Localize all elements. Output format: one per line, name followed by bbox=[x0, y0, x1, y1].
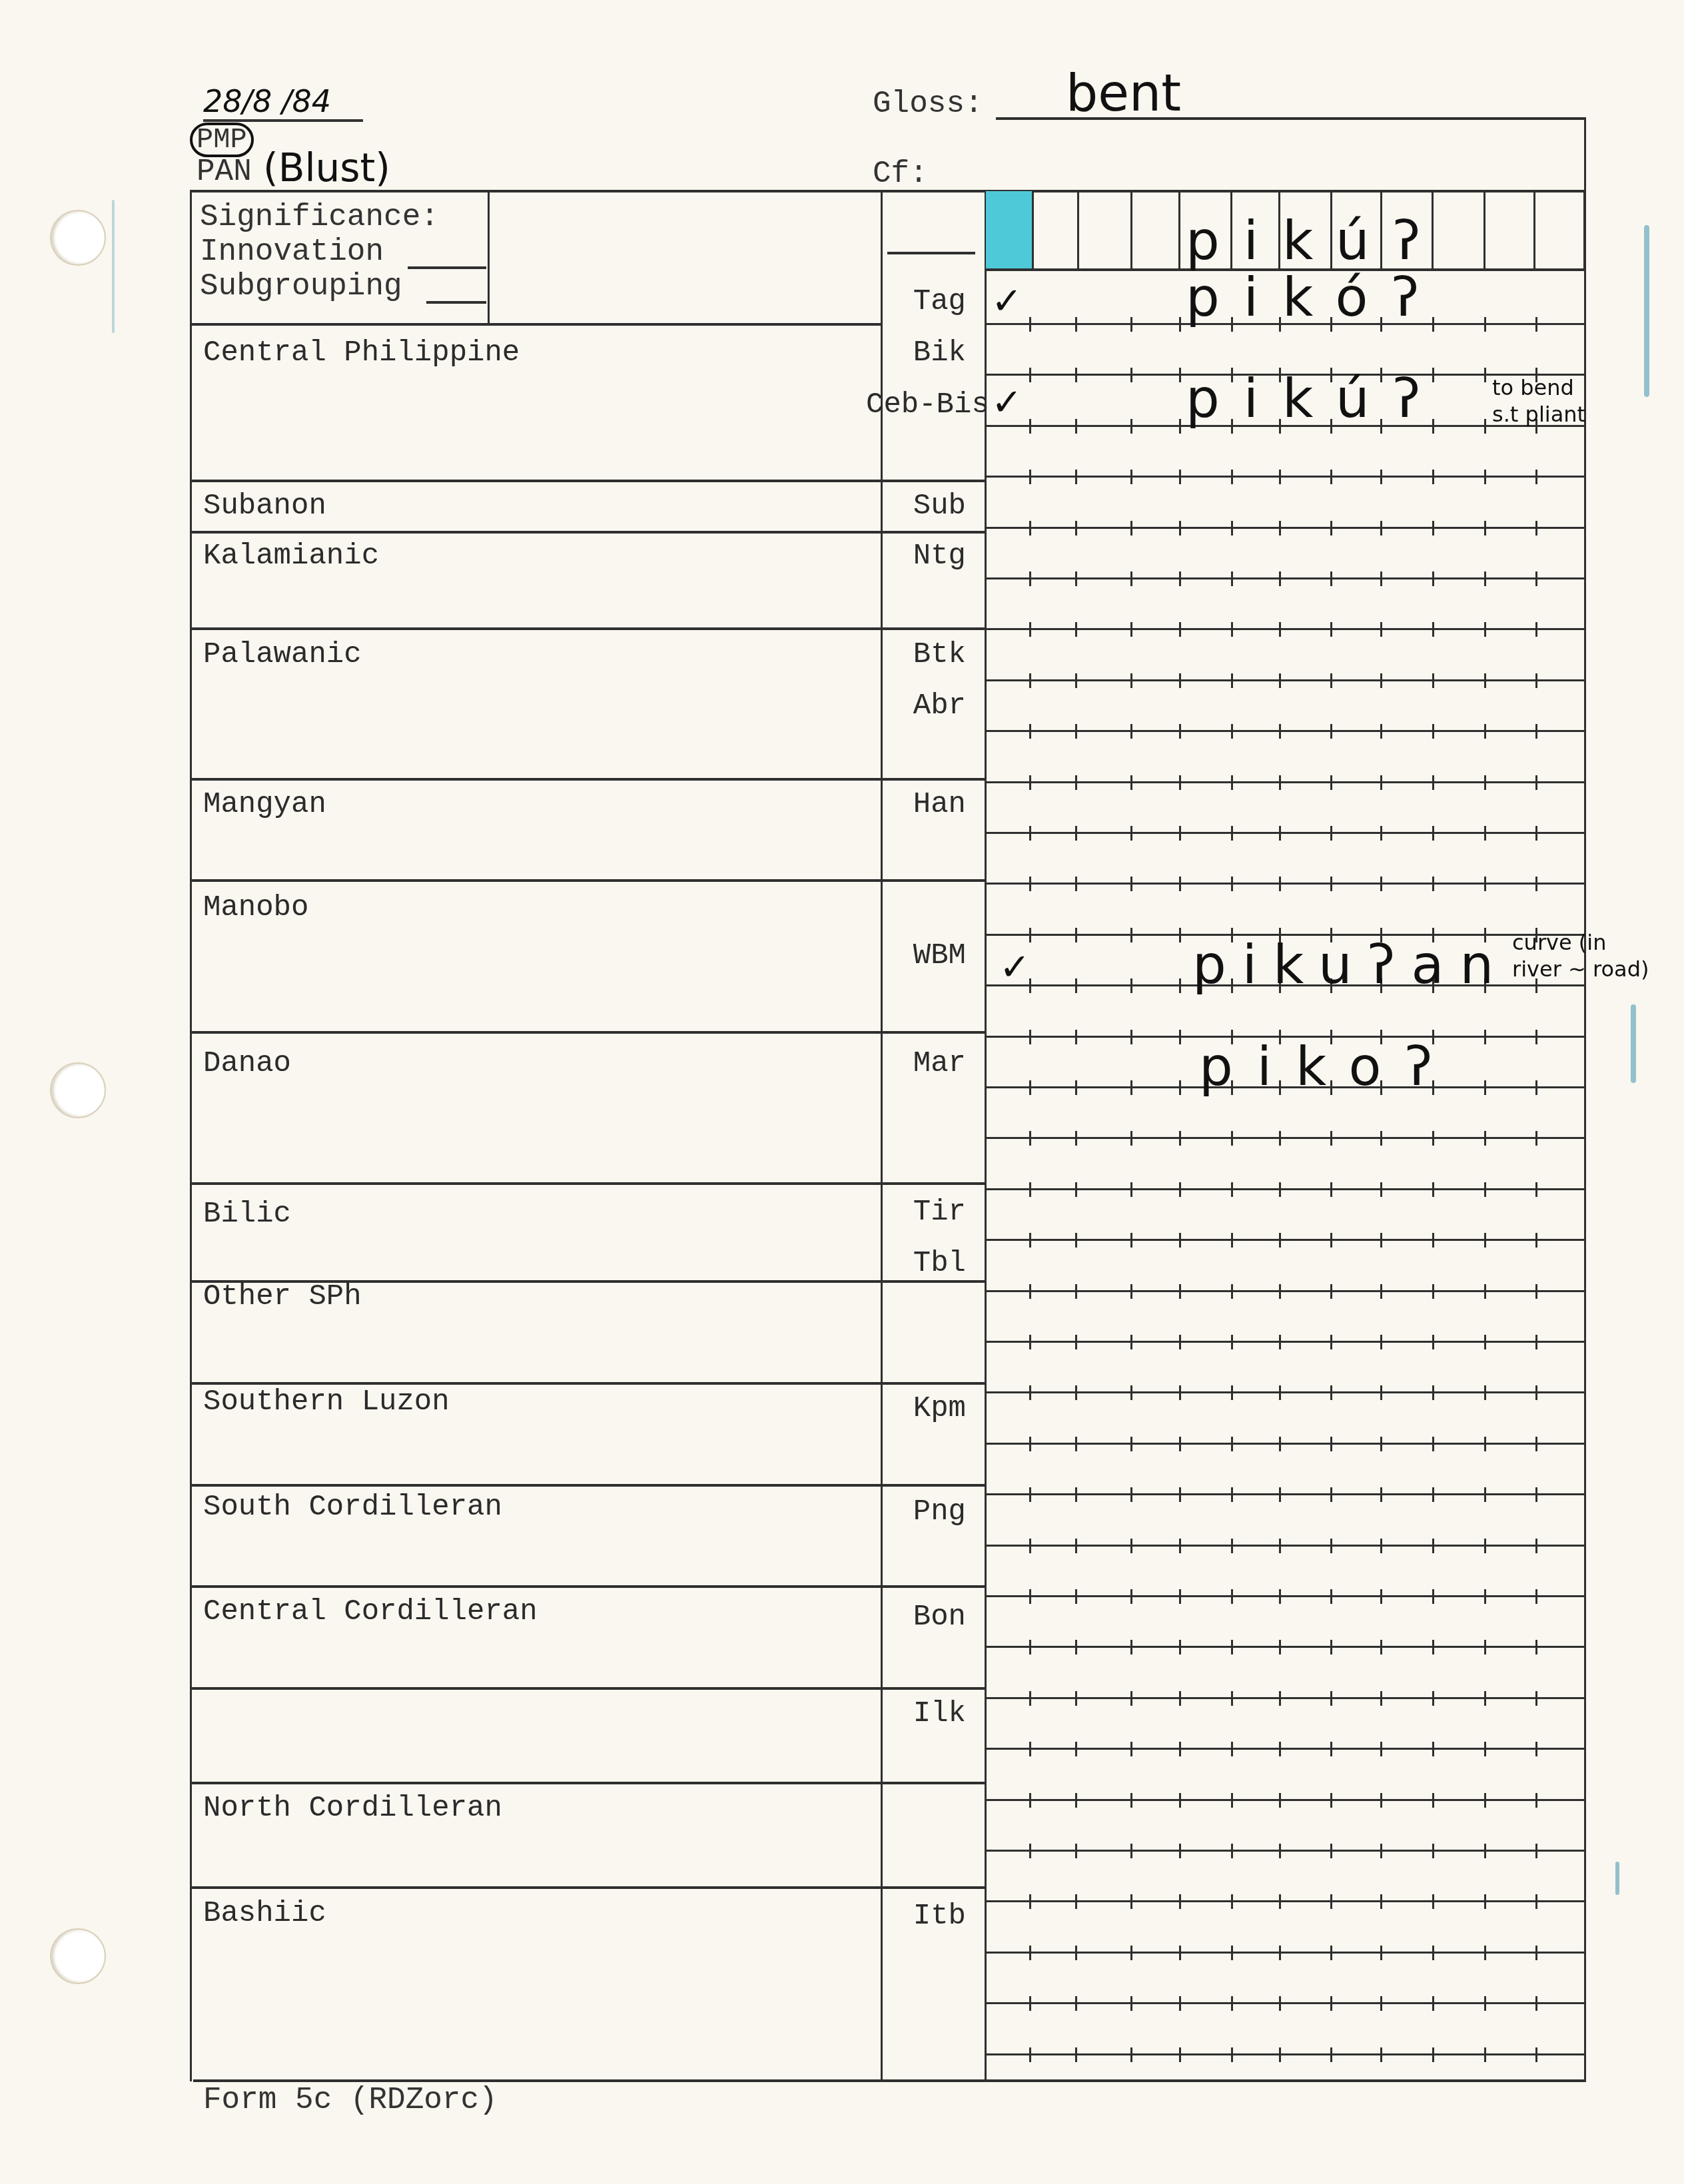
segment-cell[interactable] bbox=[1079, 191, 1132, 268]
tick-mark bbox=[1484, 1030, 1486, 1044]
tick-mark bbox=[1484, 1131, 1486, 1146]
tick-mark bbox=[1231, 1385, 1233, 1400]
tick-mark bbox=[1330, 1844, 1332, 1858]
tick-mark bbox=[1380, 1335, 1382, 1349]
tick-mark bbox=[1075, 1487, 1077, 1502]
tick-mark bbox=[1231, 470, 1233, 484]
tick-mark bbox=[1432, 1844, 1434, 1858]
tick-mark bbox=[1380, 877, 1382, 891]
tick-mark bbox=[1029, 317, 1031, 332]
tick-mark bbox=[1484, 1080, 1486, 1095]
tick-mark bbox=[1484, 724, 1486, 739]
tick-mark bbox=[1535, 673, 1537, 688]
tick-mark bbox=[1484, 1539, 1486, 1553]
table-right-border bbox=[1584, 190, 1586, 2081]
cebbis-gloss-note: to bend s.t pliant bbox=[1492, 374, 1585, 428]
tick-mark bbox=[1484, 470, 1486, 484]
code-column-divider bbox=[881, 190, 883, 2081]
tick-mark bbox=[1179, 2047, 1181, 2062]
tick-mark bbox=[1279, 571, 1281, 586]
tick-mark bbox=[1432, 1487, 1434, 1502]
tick-mark bbox=[1330, 673, 1332, 688]
tick-mark bbox=[1029, 1691, 1031, 1706]
tick-mark bbox=[1231, 673, 1233, 688]
code-header-blank bbox=[887, 252, 975, 254]
wbm-gloss-note: curve (in river ~ road) bbox=[1512, 929, 1649, 982]
cebbis-check-icon: ✓ bbox=[991, 381, 1023, 424]
tick-mark bbox=[1179, 1182, 1181, 1197]
tick-mark bbox=[1075, 368, 1077, 382]
tick-mark bbox=[1535, 1691, 1537, 1706]
tick-mark bbox=[1380, 673, 1382, 688]
proto-circled: PMP bbox=[190, 123, 254, 157]
tick-mark bbox=[1279, 1335, 1281, 1349]
tick-mark bbox=[1231, 1946, 1233, 1960]
tick-mark bbox=[1330, 1284, 1332, 1299]
tick-mark bbox=[1075, 1894, 1077, 1909]
group-divider bbox=[192, 1782, 986, 1784]
tick-mark bbox=[1075, 826, 1077, 841]
tick-mark bbox=[1535, 1539, 1537, 1553]
tick-mark bbox=[1380, 1946, 1382, 1960]
tick-mark bbox=[1279, 1284, 1281, 1299]
tick-mark bbox=[1179, 775, 1181, 790]
tick-mark bbox=[1535, 1793, 1537, 1808]
tick-mark bbox=[1075, 1131, 1077, 1146]
margin-marker bbox=[112, 200, 115, 333]
tick-mark bbox=[1279, 1844, 1281, 1858]
tick-mark bbox=[1179, 1996, 1181, 2011]
note-line-1: curve (in bbox=[1512, 929, 1649, 956]
group-divider bbox=[192, 480, 986, 482]
subgroup-name: Southern Luzon bbox=[203, 1385, 450, 1419]
tick-mark bbox=[1130, 368, 1132, 382]
tick-mark bbox=[1029, 1742, 1031, 1756]
tick-mark bbox=[1279, 1131, 1281, 1146]
tick-mark bbox=[1484, 571, 1486, 586]
tick-mark bbox=[1330, 1589, 1332, 1604]
tick-mark bbox=[1484, 1946, 1486, 1960]
language-code: Itb bbox=[866, 1900, 966, 1933]
tick-mark bbox=[1279, 1487, 1281, 1502]
tick-mark bbox=[1432, 1946, 1434, 1960]
tick-mark bbox=[1179, 673, 1181, 688]
language-code: Kpm bbox=[866, 1392, 966, 1425]
tag-check-icon: ✓ bbox=[991, 280, 1023, 323]
tick-mark bbox=[1432, 1894, 1434, 1909]
tick-mark bbox=[1179, 571, 1181, 586]
tick-mark bbox=[1075, 1182, 1077, 1197]
header-right-border bbox=[1584, 117, 1586, 192]
tick-mark bbox=[1231, 1640, 1233, 1654]
tick-mark bbox=[1330, 1894, 1332, 1909]
tick-mark bbox=[1535, 826, 1537, 841]
tick-mark bbox=[1231, 1182, 1233, 1197]
tick-mark bbox=[1075, 928, 1077, 942]
tick-mark bbox=[1130, 877, 1132, 891]
tick-mark bbox=[1380, 1894, 1382, 1909]
proto-form: pikúʔ bbox=[1186, 210, 1444, 272]
punch-hole-middle bbox=[50, 1062, 106, 1118]
tick-mark bbox=[1075, 1742, 1077, 1756]
tick-mark bbox=[1330, 1946, 1332, 1960]
tick-mark bbox=[1179, 1030, 1181, 1044]
language-code: Bik bbox=[866, 336, 966, 370]
tick-mark bbox=[1380, 1437, 1382, 1451]
tick-mark bbox=[1279, 1437, 1281, 1451]
tick-mark bbox=[1179, 1589, 1181, 1604]
tick-mark bbox=[1380, 1487, 1382, 1502]
tick-mark bbox=[1380, 1182, 1382, 1197]
punch-hole-bottom bbox=[50, 1928, 106, 1984]
tick-mark bbox=[1330, 1335, 1332, 1349]
tick-mark bbox=[1484, 1793, 1486, 1808]
gloss-value[interactable]: bent bbox=[1066, 63, 1181, 123]
tick-mark bbox=[1075, 1080, 1077, 1095]
tick-mark bbox=[1130, 1284, 1132, 1299]
tick-mark bbox=[1330, 1691, 1332, 1706]
subgroup-name: Mangyan bbox=[203, 788, 326, 821]
tick-mark bbox=[1535, 1385, 1537, 1400]
tick-mark bbox=[1380, 1284, 1382, 1299]
source-attribution: (Blust) bbox=[263, 145, 390, 190]
tick-mark bbox=[1179, 1894, 1181, 1909]
tick-mark bbox=[1535, 1030, 1537, 1044]
tick-mark bbox=[1535, 317, 1537, 332]
tick-mark bbox=[1432, 877, 1434, 891]
tick-mark bbox=[1130, 1946, 1132, 1960]
language-code: Png bbox=[866, 1495, 966, 1529]
tick-mark bbox=[1179, 1335, 1181, 1349]
tick-mark bbox=[1330, 1742, 1332, 1756]
subgrouping-blank[interactable] bbox=[426, 301, 486, 304]
tick-mark bbox=[1432, 2047, 1434, 2062]
subgroup-name: Central Cordilleran bbox=[203, 1595, 538, 1629]
tick-mark bbox=[1029, 1640, 1031, 1654]
tick-mark bbox=[1075, 1030, 1077, 1044]
tick-mark bbox=[1380, 724, 1382, 739]
margin-marker bbox=[1631, 1004, 1636, 1083]
tick-mark bbox=[1231, 775, 1233, 790]
tick-mark bbox=[1179, 826, 1181, 841]
tick-mark bbox=[1130, 1691, 1132, 1706]
tick-mark bbox=[1029, 2047, 1031, 2062]
tick-mark bbox=[1279, 775, 1281, 790]
tick-mark bbox=[1029, 470, 1031, 484]
language-code: Mar bbox=[866, 1047, 966, 1080]
tick-mark bbox=[1130, 1080, 1132, 1095]
tick-mark bbox=[1535, 1742, 1537, 1756]
tick-mark bbox=[1075, 1691, 1077, 1706]
tick-mark bbox=[1484, 521, 1486, 536]
tick-mark bbox=[1330, 622, 1332, 637]
tick-mark bbox=[1231, 1793, 1233, 1808]
tick-mark bbox=[1130, 1742, 1132, 1756]
tick-mark bbox=[1380, 521, 1382, 536]
tick-mark bbox=[1535, 1487, 1537, 1502]
tick-mark bbox=[1075, 673, 1077, 688]
group-divider bbox=[192, 1182, 986, 1185]
tick-mark bbox=[1484, 1182, 1486, 1197]
tick-mark bbox=[1279, 1589, 1281, 1604]
tick-mark bbox=[1130, 571, 1132, 586]
tick-mark bbox=[1179, 470, 1181, 484]
tick-mark bbox=[1380, 1640, 1382, 1654]
tick-mark bbox=[1380, 1539, 1382, 1553]
tick-mark bbox=[1330, 826, 1332, 841]
group-divider bbox=[192, 627, 986, 630]
tick-mark bbox=[1075, 775, 1077, 790]
margin-marker bbox=[1615, 1862, 1619, 1895]
tick-mark bbox=[1179, 622, 1181, 637]
tick-mark bbox=[1179, 1233, 1181, 1248]
language-code: WBM bbox=[866, 939, 966, 972]
tick-mark bbox=[1330, 1996, 1332, 2011]
tick-mark bbox=[1130, 622, 1132, 637]
tick-mark bbox=[1279, 673, 1281, 688]
tick-mark bbox=[1279, 1894, 1281, 1909]
tick-mark bbox=[1535, 1233, 1537, 1248]
tick-mark bbox=[1075, 1437, 1077, 1451]
group-divider bbox=[192, 1382, 986, 1385]
tick-mark bbox=[1484, 1589, 1486, 1604]
tick-mark bbox=[1130, 1131, 1132, 1146]
tick-mark bbox=[1535, 1437, 1537, 1451]
tick-mark bbox=[1231, 571, 1233, 586]
tick-mark bbox=[1029, 1793, 1031, 1808]
tick-mark bbox=[1380, 1385, 1382, 1400]
tick-mark bbox=[1029, 1894, 1031, 1909]
tick-mark bbox=[1279, 1691, 1281, 1706]
tick-mark bbox=[1380, 1844, 1382, 1858]
tick-mark bbox=[1130, 1233, 1132, 1248]
tick-mark bbox=[1484, 1487, 1486, 1502]
group-divider bbox=[192, 1484, 986, 1487]
tick-mark bbox=[1029, 826, 1031, 841]
tick-mark bbox=[1075, 317, 1077, 332]
tick-mark bbox=[1484, 877, 1486, 891]
tick-mark bbox=[1231, 2047, 1233, 2062]
highlighted-segment-cell[interactable] bbox=[986, 191, 1034, 268]
tick-mark bbox=[1380, 1793, 1382, 1808]
note-line-2: river ~ road) bbox=[1512, 956, 1649, 982]
tick-mark bbox=[1432, 1335, 1434, 1349]
tick-mark bbox=[1535, 877, 1537, 891]
tick-mark bbox=[1130, 419, 1132, 434]
language-code: Tir bbox=[866, 1196, 966, 1229]
subgroup-name: Bashiic bbox=[203, 1897, 326, 1930]
mar-form: pikoʔ bbox=[1199, 1036, 1456, 1098]
tick-mark bbox=[1075, 571, 1077, 586]
tick-mark bbox=[1380, 2047, 1382, 2062]
tick-mark bbox=[1130, 2047, 1132, 2062]
tick-mark bbox=[1231, 826, 1233, 841]
group-divider bbox=[192, 879, 986, 882]
tick-mark bbox=[1380, 775, 1382, 790]
tick-mark bbox=[1029, 1030, 1031, 1044]
tick-mark bbox=[1231, 1233, 1233, 1248]
tick-mark bbox=[1130, 317, 1132, 332]
tick-mark bbox=[1535, 521, 1537, 536]
subgroup-name: Other SPh bbox=[203, 1280, 362, 1313]
tick-mark bbox=[1179, 1080, 1181, 1095]
tick-mark bbox=[1179, 1946, 1181, 1960]
tick-mark bbox=[1535, 1996, 1537, 2011]
tick-mark bbox=[1130, 521, 1132, 536]
tick-mark bbox=[1535, 2047, 1537, 2062]
tick-mark bbox=[1231, 1589, 1233, 1604]
tick-mark bbox=[1179, 419, 1181, 434]
tick-mark bbox=[1380, 622, 1382, 637]
tick-mark bbox=[1130, 470, 1132, 484]
language-code: Sub bbox=[866, 490, 966, 523]
group-divider bbox=[192, 1031, 986, 1034]
significance-divider bbox=[488, 190, 490, 324]
tick-mark bbox=[1075, 622, 1077, 637]
tick-mark bbox=[1179, 1793, 1181, 1808]
tick-mark bbox=[1432, 622, 1434, 637]
tick-mark bbox=[1432, 673, 1434, 688]
tick-mark bbox=[1231, 724, 1233, 739]
tick-mark bbox=[1484, 2047, 1486, 2062]
tick-mark bbox=[1075, 1284, 1077, 1299]
tick-mark bbox=[1330, 1640, 1332, 1654]
tick-mark bbox=[1279, 2047, 1281, 2062]
tick-mark bbox=[1179, 928, 1181, 942]
segment-cell[interactable] bbox=[1535, 191, 1585, 268]
tick-mark bbox=[1432, 1131, 1434, 1146]
tick-mark bbox=[1130, 1589, 1132, 1604]
subgroup-name: Kalamianic bbox=[203, 540, 379, 573]
tick-mark bbox=[1330, 1793, 1332, 1808]
segment-cell[interactable] bbox=[1485, 191, 1535, 268]
tick-mark bbox=[1075, 470, 1077, 484]
tick-mark bbox=[1075, 1539, 1077, 1553]
tick-mark bbox=[1484, 1742, 1486, 1756]
note-line-2: s.t pliant bbox=[1492, 401, 1585, 428]
tick-mark bbox=[1231, 1487, 1233, 1502]
cebbis-form: pikúʔ bbox=[1186, 368, 1444, 430]
tick-mark bbox=[1075, 1946, 1077, 1960]
tick-mark bbox=[1029, 1996, 1031, 2011]
tick-mark bbox=[1484, 1640, 1486, 1654]
tick-mark bbox=[1432, 571, 1434, 586]
tick-mark bbox=[1380, 1691, 1382, 1706]
innovation-blank[interactable] bbox=[408, 266, 486, 269]
tick-mark bbox=[1130, 775, 1132, 790]
tick-mark bbox=[1535, 571, 1537, 586]
segment-cell[interactable] bbox=[1132, 191, 1180, 268]
tick-mark bbox=[1432, 1437, 1434, 1451]
tick-mark bbox=[1075, 1996, 1077, 2011]
wbm-check-icon: ✓ bbox=[999, 946, 1031, 989]
table-left-border bbox=[190, 190, 192, 2081]
tick-mark bbox=[1179, 1844, 1181, 1858]
tick-mark bbox=[1029, 1844, 1031, 1858]
tick-mark bbox=[1330, 571, 1332, 586]
tick-mark bbox=[1484, 1996, 1486, 2011]
tick-mark bbox=[1279, 1233, 1281, 1248]
tick-mark bbox=[1279, 1742, 1281, 1756]
tick-mark bbox=[1432, 1385, 1434, 1400]
punch-hole-top bbox=[50, 210, 106, 266]
language-code: Tag bbox=[866, 285, 966, 318]
tick-mark bbox=[1535, 1182, 1537, 1197]
tick-mark bbox=[1130, 928, 1132, 942]
tick-mark bbox=[1179, 521, 1181, 536]
tick-mark bbox=[1029, 1131, 1031, 1146]
tick-mark bbox=[1130, 1437, 1132, 1451]
tick-mark bbox=[1535, 724, 1537, 739]
wbm-form: pikuʔan bbox=[1192, 934, 1509, 996]
subgroup-name: Danao bbox=[203, 1047, 291, 1080]
tick-mark bbox=[1380, 1589, 1382, 1604]
tick-mark bbox=[1535, 775, 1537, 790]
tick-mark bbox=[1279, 1996, 1281, 2011]
segment-cell[interactable] bbox=[1034, 191, 1079, 268]
tick-mark bbox=[1279, 1793, 1281, 1808]
tick-mark bbox=[1029, 521, 1031, 536]
language-code: Bon bbox=[866, 1601, 966, 1634]
tick-mark bbox=[1484, 1691, 1486, 1706]
tick-mark bbox=[1075, 877, 1077, 891]
tick-mark bbox=[1231, 1131, 1233, 1146]
group-divider bbox=[192, 1687, 986, 1690]
tick-mark bbox=[1330, 724, 1332, 739]
tick-mark bbox=[1380, 826, 1382, 841]
tick-mark bbox=[1075, 521, 1077, 536]
tick-mark bbox=[1075, 1385, 1077, 1400]
tick-mark bbox=[1535, 1844, 1537, 1858]
tick-mark bbox=[1432, 1589, 1434, 1604]
tick-mark bbox=[1029, 1335, 1031, 1349]
group-divider bbox=[192, 778, 986, 781]
tick-mark bbox=[1231, 1742, 1233, 1756]
group-divider bbox=[192, 1585, 986, 1588]
tick-mark bbox=[1231, 622, 1233, 637]
tick-mark bbox=[1179, 724, 1181, 739]
language-code: Han bbox=[866, 788, 966, 821]
tick-mark bbox=[1484, 1233, 1486, 1248]
tick-mark bbox=[1432, 775, 1434, 790]
innovation-label: Innovation bbox=[200, 234, 384, 269]
language-code: Btk bbox=[866, 638, 966, 671]
tick-mark bbox=[1029, 1080, 1031, 1095]
gloss-label: Gloss: bbox=[873, 87, 983, 121]
tick-mark bbox=[1075, 978, 1077, 993]
tick-mark bbox=[1330, 521, 1332, 536]
tick-mark bbox=[1029, 1385, 1031, 1400]
tick-mark bbox=[1484, 1335, 1486, 1349]
tick-mark bbox=[1130, 1335, 1132, 1349]
tick-mark bbox=[1535, 1946, 1537, 1960]
tick-mark bbox=[1231, 521, 1233, 536]
tick-mark bbox=[1179, 1742, 1181, 1756]
tick-mark bbox=[1075, 1589, 1077, 1604]
tick-mark bbox=[1484, 317, 1486, 332]
subgroup-name: Palawanic bbox=[203, 638, 362, 671]
tick-mark bbox=[1380, 1742, 1382, 1756]
tick-mark bbox=[1330, 1437, 1332, 1451]
tick-mark bbox=[1279, 826, 1281, 841]
tick-mark bbox=[1075, 1640, 1077, 1654]
tick-mark bbox=[1130, 724, 1132, 739]
tick-mark bbox=[1029, 1182, 1031, 1197]
tick-mark bbox=[1330, 1131, 1332, 1146]
tick-mark bbox=[1432, 521, 1434, 536]
tick-mark bbox=[1130, 1182, 1132, 1197]
tick-mark bbox=[1432, 1691, 1434, 1706]
